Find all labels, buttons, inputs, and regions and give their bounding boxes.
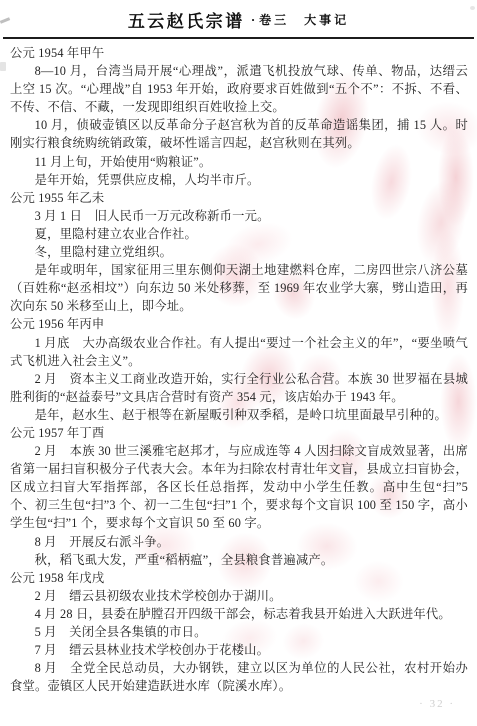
chronicle-entry: 4 月 28 日，县委在胪膛召开四级干部会，标志着我县开始进入大跃进年代。 xyxy=(10,605,468,623)
chronicle-entry: 秋，稻飞虱大发，严重“稻柄瘟”，全县粮食普遍减产。 xyxy=(10,551,468,569)
page-header: 五云赵氏宗谱·卷三 大事记 xyxy=(0,0,477,32)
title-separator-dot: · xyxy=(251,12,255,28)
chronicle-entry: 5 月 关闭全县各集镇的市日。 xyxy=(10,623,468,641)
chronicle-entry: 2 月 资本主义工商业改造开始，实行全行业公私合营。本族 30 世罗福在县城胜利… xyxy=(10,370,468,406)
chronicle-entry: 2 月 本族 30 世三溪雅宅赵邦才，与应成连等 4 人因扫除文盲成效显著，出席… xyxy=(10,442,468,532)
page-number: · 32 · xyxy=(419,698,455,710)
era-section-1954: 公元 1954 年甲午 8—10 月，台湾当局开展“心理战”，派遣飞机投放气球、… xyxy=(10,44,468,189)
era-heading: 公元 1957 年丁酉 xyxy=(10,424,468,442)
scanned-genealogy-page: 五云赵氏宗谱·卷三 大事记 公元 1954 年甲午 8—10 月，台湾当局开展“… xyxy=(0,0,477,726)
chronicle-entry: 2 月 缙云县初级农业技术学校创办于湖川。 xyxy=(10,587,468,605)
title-divider-rule xyxy=(3,37,474,39)
chronicle-entry: 是年开始，凭票供应皮棉，人均半市斤。 xyxy=(10,171,468,189)
era-section-1958: 公元 1958 年戊戌 2 月 缙云县初级农业技术学校创办于湖川。 4 月 28… xyxy=(10,569,468,696)
era-heading: 公元 1958 年戊戌 xyxy=(10,569,468,587)
chronicle-entry: 11 月上旬，开始使用“购粮证”。 xyxy=(10,153,468,171)
chronicle-entry: 10 月，侦破壶镇区以反革命分子赵宫秋为首的反革命造谣集团，捕 15 人。时刚实… xyxy=(10,116,468,152)
chronicle-entry: 8 月 开展反右派斗争。 xyxy=(10,533,468,551)
chronicle-entry: 1 月底 大办高级农业合作社。有人提出“要过一个社会主义的年”，“要坐喷气式飞机… xyxy=(10,334,468,370)
chronicle-entry: 8 月 全党全民总动员，大办钢铁，建立以区为单位的人民公社，农村开始办食堂。壶镇… xyxy=(10,659,468,695)
era-section-1955: 公元 1955 年乙未 3 月 1 日 旧人民币一万元改称新币一元。 夏，里隐村… xyxy=(10,189,468,316)
era-heading: 公元 1956 年丙申 xyxy=(10,315,468,333)
chronicle-entry: 3 月 1 日 旧人民币一万元改称新币一元。 xyxy=(10,207,468,225)
chronicle-entry: 8—10 月，台湾当局开展“心理战”，派遣飞机投放气球、传单、物品，达缙云上空 … xyxy=(10,62,468,116)
scan-artifact xyxy=(0,62,6,71)
era-heading: 公元 1955 年乙未 xyxy=(10,189,468,207)
chronicle-entry: 冬，里隐村建立党组织。 xyxy=(10,243,468,261)
volume-subtitle: 卷三 大事记 xyxy=(259,11,349,28)
genealogy-title: 五云赵氏宗谱 xyxy=(128,7,245,32)
chronicle-entry: 是年或明年，国家征用三里东侧仰天湖土地建燃料仓库，二房四世宗八济公墓（百姓称“赵… xyxy=(10,261,468,315)
era-section-1957: 公元 1957 年丁酉 2 月 本族 30 世三溪雅宅赵邦才，与应成连等 4 人… xyxy=(10,424,468,569)
chronicle-entry: 是年，赵水生、赵于根等在新屋畈引种双季稻，是岭口坑里面最早引种的。 xyxy=(10,406,468,424)
chronicle-entry: 夏，里隐村建立农业合作社。 xyxy=(10,225,468,243)
era-heading: 公元 1954 年甲午 xyxy=(10,44,468,62)
chronicle-content: 公元 1954 年甲午 8—10 月，台湾当局开展“心理战”，派遣飞机投放气球、… xyxy=(10,44,468,695)
era-section-1956: 公元 1956 年丙申 1 月底 大办高级农业合作社。有人提出“要过一个社会主义… xyxy=(10,315,468,424)
chronicle-entry: 7 月 缙云县林业技术学校创办于花楼山。 xyxy=(10,641,468,659)
